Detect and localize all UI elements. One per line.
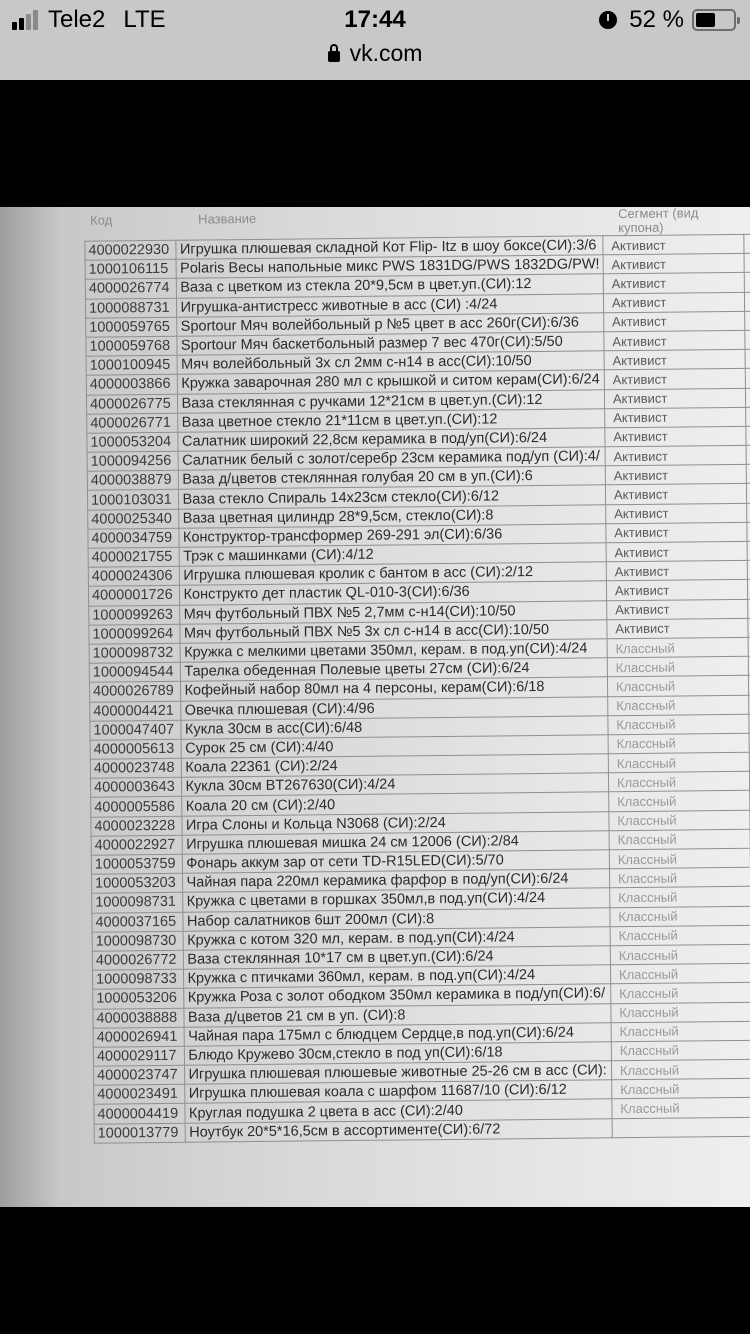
battery-percent: 52 % [629,6,684,34]
cell-segment: Классный [608,733,749,754]
cell-empty [745,330,750,350]
url-text[interactable]: vk.com [350,40,423,67]
cell-segment: Активист [604,369,745,390]
cell-segment: Активист [604,388,745,409]
cell-segment: Классный [610,963,750,984]
cell-segment: Активист [607,599,748,620]
cell-code: 4000024306 [88,566,180,586]
cell-segment: Классный [608,772,749,793]
cell-segment: Классный [611,983,750,1004]
cell-code: 4000026774 [85,279,177,299]
cell-segment: Классный [609,848,750,869]
cell-segment: Активист [607,618,748,639]
cell-code: 1000047407 [90,720,182,740]
cell-segment: Классный [612,1079,750,1100]
cell-code: 1000098730 [92,931,184,951]
cell-code: 4000026789 [89,682,181,702]
cell-segment: Классный [611,1002,750,1023]
cell-segment: Классный [611,1021,750,1042]
cell-code: 1000100945 [86,355,178,375]
cell-empty [744,292,750,312]
cell-code: 4000004419 [94,1104,186,1124]
cell-segment: Классный [608,752,749,773]
cell-empty [746,503,750,523]
photo-of-printed-table[interactable]: Код Название Сегмент (вид купона) 400002… [0,207,750,1207]
cell-code: 4000005586 [91,797,183,817]
cell-empty [746,483,750,503]
cell-empty [745,387,750,407]
alarm-icon [599,11,617,29]
cell-segment: Классный [607,637,748,658]
battery-level [696,13,715,27]
cell-code: 4000026771 [87,413,179,433]
cell-code: 4000034759 [88,528,180,548]
header-code: Код [60,207,150,241]
cell-code: 1000098731 [92,893,184,913]
cell-segment [612,1117,750,1138]
cell-code: 4000003643 [90,778,182,798]
cell-segment: Активист [605,445,746,466]
cell-code: 1000094256 [87,451,179,471]
cell-segment: Активист [604,330,745,351]
cell-segment: Активист [605,484,746,505]
cell-code: 4000025340 [88,509,180,529]
cell-code: 4000005613 [90,739,182,759]
cell-segment: Активист [603,234,744,255]
cell-segment: Классный [607,676,748,697]
cell-segment: Активист [605,407,746,428]
cell-code: 4000023228 [91,816,183,836]
cell-code: 1000103031 [87,490,179,510]
cell-empty [744,253,750,273]
cell-code: 4000004421 [90,701,182,721]
cell-segment: Активист [605,426,746,447]
cell-code: 1000098732 [89,643,181,663]
cell-code: 4000037165 [92,912,184,932]
cell-segment: Активист [606,541,747,562]
cell-code: 4000023491 [94,1084,186,1104]
cell-code: 1000099264 [89,624,181,644]
header-segment: Сегмент (вид купона) [590,207,710,235]
cell-segment: Классный [610,887,750,908]
cell-code: 1000059768 [86,336,178,356]
cell-code: 4000023748 [90,758,182,778]
cell-segment: Классный [607,656,748,677]
cell-code: 4000023747 [93,1065,185,1085]
cell-empty [744,311,750,331]
cell-code: 1000053204 [87,432,179,452]
cell-code: 4000021755 [88,547,180,567]
cell-segment: Классный [609,791,750,812]
cell-code: 4000029117 [93,1046,185,1066]
cell-segment: Активист [603,292,744,313]
cell-empty [746,464,750,484]
cell-segment: Классный [611,1059,750,1080]
cell-code: 4000026775 [86,394,178,414]
cell-segment: Классный [612,1098,750,1119]
cell-code: 4000026772 [92,950,184,970]
system-indicators: 52 % [599,6,736,34]
cell-code: 4000038888 [93,1008,185,1028]
cell-segment: Классный [610,944,750,965]
cell-name: Ноутбук 20*5*16,5см в ассортименте(СИ):6… [186,1118,613,1142]
cell-empty [746,426,750,446]
cell-segment: Классный [610,906,750,927]
cell-code: 1000098733 [92,969,184,989]
cell-empty [745,407,750,427]
cell-code: 1000088731 [85,298,177,318]
cell-empty [747,522,750,542]
cell-segment: Активист [605,465,746,486]
address-bar[interactable]: vk.com [0,40,750,67]
cell-code: 1000094544 [89,662,181,682]
cell-code: 1000053203 [91,873,183,893]
cell-empty [744,234,750,254]
cell-segment: Классный [608,714,749,735]
cell-code: 4000026941 [93,1027,185,1047]
cell-code: 1000013779 [94,1123,186,1143]
cell-code: 1000099263 [89,605,181,625]
cell-segment: Классный [609,867,750,888]
cell-code: 1000053206 [93,989,185,1009]
cell-code: 4000022927 [91,835,183,855]
cell-code: 1000106115 [85,259,177,279]
cell-segment: Классный [608,695,749,716]
cell-segment: Активист [606,522,747,543]
cell-empty [744,272,750,292]
status-bar: Tele2 LTE 17:44 52 % vk.com [0,0,750,80]
cell-code: 4000003866 [86,375,178,395]
cell-empty [745,368,750,388]
cell-segment: Активист [604,311,745,332]
cell-segment: Классный [610,925,750,946]
cell-segment: Активист [604,349,745,370]
cell-segment: Классный [609,829,750,850]
product-table: 4000022930Игрушка плюшевая складной Кот … [84,233,750,1143]
cell-code: 4000022930 [85,240,177,260]
cell-segment: Активист [606,561,747,582]
cell-segment: Активист [606,503,747,524]
cell-segment: Классный [611,1040,750,1061]
cell-empty [746,445,750,465]
cell-code: 1000053759 [91,854,183,874]
lock-icon [328,51,340,62]
printed-sheet: Код Название Сегмент (вид купона) 400002… [60,207,750,1144]
cell-segment: Активист [603,254,744,275]
cell-code: 1000059765 [86,317,178,337]
battery-icon [692,9,736,31]
cell-segment: Активист [603,273,744,294]
cell-empty [745,349,750,369]
cell-code: 4000001726 [88,586,180,606]
header-name: Название [150,207,590,240]
cell-code: 4000038879 [87,471,179,491]
cell-segment: Активист [606,580,747,601]
cell-segment: Классный [609,810,750,831]
